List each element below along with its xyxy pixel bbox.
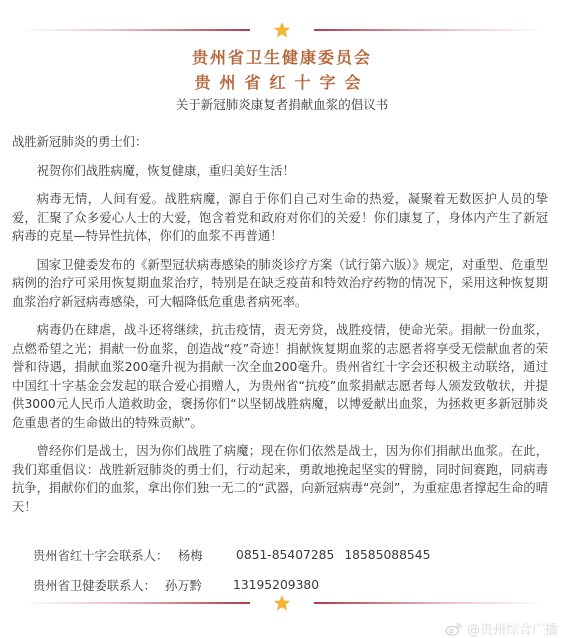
star-icon	[273, 595, 291, 611]
contact-phone-mobile: 18585088545	[344, 548, 430, 562]
greeting: 战胜新冠肺炎的勇士们：	[12, 133, 548, 152]
contact-phone-mobile: 13195209380	[233, 578, 319, 592]
bottom-divider	[20, 595, 544, 611]
contact-phone-landline: 0851-85407285	[236, 548, 334, 562]
divider-line-left	[20, 602, 250, 604]
paragraph-congrats: 祝贺你们战胜病魔，恢复健康，重归美好生活！	[12, 162, 548, 181]
star-icon	[273, 22, 291, 38]
contact-name: 杨梅	[178, 546, 236, 564]
watermark-text: @贵州综合广播	[467, 619, 558, 638]
contact-label: 贵州省卫健委联系人：	[33, 576, 165, 594]
top-divider	[20, 22, 544, 38]
weibo-icon	[445, 622, 463, 636]
contact-list: 贵州省红十字会联系人： 杨梅 0851-85407285 18585088545…	[33, 540, 440, 600]
org-name-health-commission: 贵州省卫生健康委员会	[0, 45, 564, 68]
org-name-red-cross: 贵州省红十字会	[0, 70, 564, 93]
paragraph-call-to-action: 曾经你们是战士，因为你们战胜了病魔；现在你们依然是战士，因为你们捐献出血浆。在此…	[12, 442, 548, 516]
divider-line-right	[314, 29, 544, 31]
divider-line-left	[20, 29, 250, 31]
weibo-watermark: @贵州综合广播	[445, 619, 558, 638]
divider-line-right	[314, 602, 544, 604]
contact-name: 孙万黔	[165, 576, 233, 594]
contact-red-cross: 贵州省红十字会联系人： 杨梅 0851-85407285 18585088545	[33, 540, 440, 570]
letter-body: 战胜新冠肺炎的勇士们： 祝贺你们战胜病魔，恢复健康，重归美好生活！ 病毒无情，人…	[12, 133, 548, 526]
paragraph-antibody: 病毒无情，人间有爱。战胜病魔，源自于你们自己对生命的热爱，凝聚着无数医护人员的挚…	[12, 190, 548, 246]
contact-label: 贵州省红十字会联系人：	[33, 546, 178, 564]
document-title: 关于新冠肺炎康复者捐献血浆的倡议书	[0, 95, 564, 113]
paragraph-donation-benefits: 病毒仍在肆虐，战斗还将继续，抗击疫情，责无旁贷，战胜疫情，使命光荣。捐献一份血浆…	[12, 321, 548, 432]
paragraph-guideline: 国家卫健委发布的《新型冠状病毒感染的肺炎诊疗方案（试行第六版）》规定，对重型、危…	[12, 256, 548, 312]
